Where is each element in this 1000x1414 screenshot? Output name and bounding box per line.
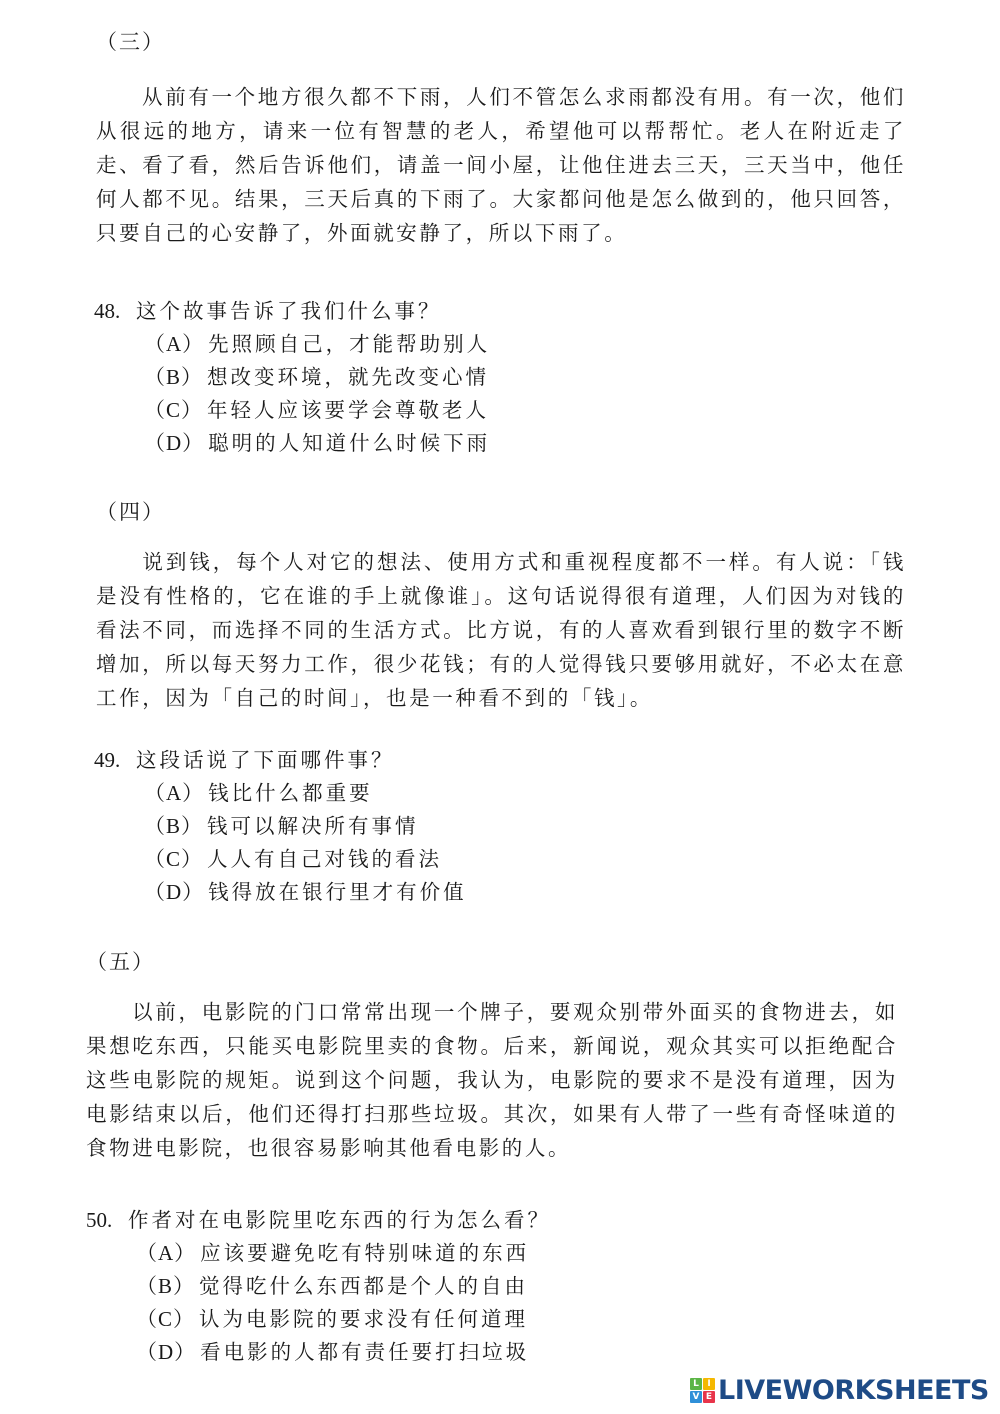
option-b[interactable]: （B）觉得吃什么东西都是个人的自由 [86, 1270, 551, 1303]
question-stem: 49.这段话说了下面哪件事？ [94, 744, 467, 777]
option-letter: （C） [144, 847, 203, 871]
option-text: 认为电影院的要求没有任何道理 [199, 1307, 528, 1331]
question-number: 50. [86, 1204, 128, 1237]
option-letter: （B） [144, 365, 203, 389]
question-stem: 50.作者对在电影院里吃东西的行为怎么看？ [86, 1204, 551, 1237]
option-b[interactable]: （B）想改变环境，就先改变心情 [94, 361, 490, 394]
option-c[interactable]: （C）年轻人应该要学会尊敬老人 [94, 394, 490, 427]
option-text: 看电影的人都有责任要打扫垃圾 [200, 1340, 529, 1364]
option-letter: （D） [144, 880, 204, 904]
option-text: 先照顾自己，才能帮助别人 [208, 332, 490, 356]
passage-5-text: 以前，电影院的门口常常出现一个牌子，要观众别带外面买的食物进去，如果想吃东西，只… [86, 1000, 898, 1160]
option-c[interactable]: （C）人人有自己对钱的看法 [94, 843, 467, 876]
option-letter: （D） [136, 1340, 196, 1364]
passage-5: 以前，电影院的门口常常出现一个牌子，要观众别带外面买的食物进去，如果想吃东西，只… [86, 995, 898, 1165]
option-text: 聪明的人知道什么时候下雨 [208, 431, 490, 455]
option-a[interactable]: （A）先照顾自己，才能帮助别人 [94, 328, 490, 361]
option-text: 人人有自己对钱的看法 [207, 847, 442, 871]
question-number: 48. [94, 295, 136, 328]
passage-3-text: 从前有一个地方很久都不下雨，人们不管怎么求雨都没有用。有一次，他们从很远的地方，… [96, 85, 906, 245]
option-text: 应该要避免吃有特别味道的东西 [200, 1241, 529, 1265]
section-label-4: （四） [96, 496, 165, 526]
option-d[interactable]: （D）聪明的人知道什么时候下雨 [94, 427, 490, 460]
section-label-3: （三） [96, 26, 165, 56]
question-50: 50.作者对在电影院里吃东西的行为怎么看？ （A）应该要避免吃有特别味道的东西 … [86, 1204, 551, 1369]
question-text: 作者对在电影院里吃东西的行为怎么看？ [128, 1208, 551, 1232]
option-text: 钱比什么都重要 [208, 781, 373, 805]
option-letter: （B） [144, 814, 203, 838]
question-text: 这段话说了下面哪件事？ [136, 748, 395, 772]
logo-squares-icon: L I V E [690, 1378, 715, 1403]
logo-square-i: I [703, 1378, 715, 1390]
option-a[interactable]: （A）钱比什么都重要 [94, 777, 467, 810]
option-letter: （B） [136, 1274, 195, 1298]
logo-text: LIVEWORKSHEETS [718, 1375, 989, 1406]
option-d[interactable]: （D）钱得放在银行里才有价值 [94, 876, 467, 909]
passage-3: 从前有一个地方很久都不下雨，人们不管怎么求雨都没有用。有一次，他们从很远的地方，… [96, 80, 906, 250]
option-letter: （C） [144, 398, 203, 422]
logo-square-v: V [690, 1391, 702, 1403]
option-a[interactable]: （A）应该要避免吃有特别味道的东西 [86, 1237, 551, 1270]
option-text: 觉得吃什么东西都是个人的自由 [199, 1274, 528, 1298]
option-letter: （A） [136, 1241, 196, 1265]
liveworksheets-logo[interactable]: L I V E LIVEWORKSHEETS [690, 1376, 989, 1404]
option-letter: （C） [136, 1307, 195, 1331]
logo-square-l: L [690, 1378, 702, 1390]
option-letter: （A） [144, 781, 204, 805]
passage-4: 说到钱，每个人对它的想法、使用方式和重视程度都不一样。有人说：「钱是没有性格的，… [96, 545, 906, 715]
passage-4-text: 说到钱，每个人对它的想法、使用方式和重视程度都不一样。有人说：「钱是没有性格的，… [96, 550, 906, 710]
option-text: 想改变环境，就先改变心情 [207, 365, 489, 389]
section-label-5: （五） [86, 946, 155, 976]
question-48: 48.这个故事告诉了我们什么事？ （A）先照顾自己，才能帮助别人 （B）想改变环… [94, 295, 490, 460]
question-number: 49. [94, 744, 136, 777]
option-text: 钱可以解决所有事情 [207, 814, 419, 838]
option-letter: （D） [144, 431, 204, 455]
option-letter: （A） [144, 332, 204, 356]
question-stem: 48.这个故事告诉了我们什么事？ [94, 295, 490, 328]
option-c[interactable]: （C）认为电影院的要求没有任何道理 [86, 1303, 551, 1336]
logo-square-e: E [703, 1391, 715, 1403]
question-text: 这个故事告诉了我们什么事？ [136, 299, 442, 323]
option-text: 钱得放在银行里才有价值 [208, 880, 467, 904]
option-text: 年轻人应该要学会尊敬老人 [207, 398, 489, 422]
option-b[interactable]: （B）钱可以解决所有事情 [94, 810, 467, 843]
question-49: 49.这段话说了下面哪件事？ （A）钱比什么都重要 （B）钱可以解决所有事情 （… [94, 744, 467, 909]
option-d[interactable]: （D）看电影的人都有责任要打扫垃圾 [86, 1336, 551, 1369]
